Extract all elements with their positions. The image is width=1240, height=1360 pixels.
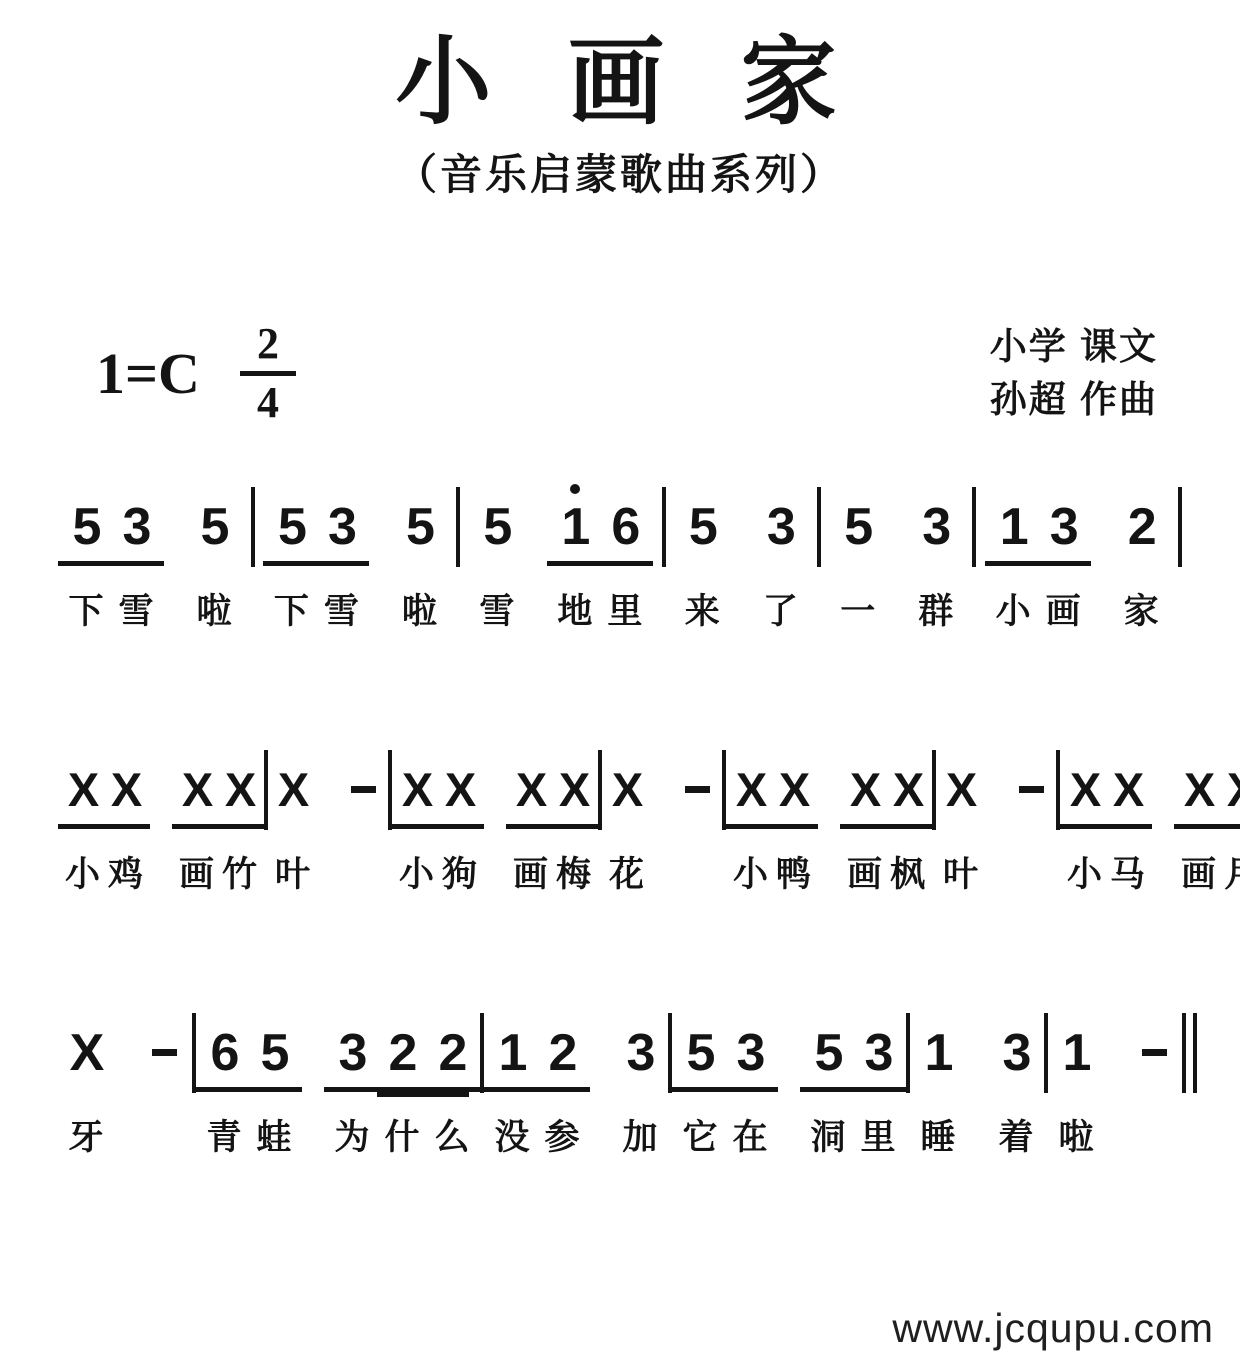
note: 2 [537,1025,587,1081]
note: X [939,762,982,818]
beamed-note-group: XX小鸡 [58,762,150,891]
note-group: 2家 [1113,499,1169,628]
lyric-syllable: 了 [755,584,805,628]
note: 1 [988,499,1038,555]
measure: XX小鸡XX画竹 [58,762,264,891]
note: 2 [1116,499,1166,555]
lyrics-row: 叶 [268,847,317,891]
measure: XX小狗XX画梅 [392,762,598,891]
notes-row: XX [840,762,932,829]
lyric-syllable: 狗 [438,847,481,891]
note: X [175,762,218,818]
lyric-syllable: 马 [1106,847,1149,891]
lyrics-row: 啦 [391,584,447,628]
measure: 5雪16地里 [469,499,653,628]
notes-row: X [936,762,985,829]
dash-note [139,1025,189,1081]
note: 2 [427,1025,477,1081]
lyrics-row: 来 [674,584,730,628]
note: 3 [991,1025,1041,1081]
note-group [673,762,722,891]
note: X [438,762,481,818]
octave-dot-icon [570,484,580,494]
sixteenth-beam [377,1092,469,1097]
lyric-syllable: 月 [1220,847,1240,891]
lyrics-row: 睡 [910,1110,966,1154]
beamed-note-group: 65青蛙 [196,1025,302,1154]
notes-row: X [58,1025,114,1092]
lyric-syllable: 叶 [271,847,314,891]
note: 5 [189,499,239,555]
note: 3 [1038,499,1088,555]
lyrics-row: 花 [602,847,651,891]
page-title: 小 画 家 [0,30,1240,136]
measure: 1啦 [1048,1025,1182,1154]
note-group: 3了 [752,499,808,628]
lyrics-row: 画梅 [506,847,598,891]
lyric-syllable: 小 [729,847,772,891]
lyric-syllable: 来 [677,584,727,628]
note: 5 [675,1025,725,1081]
lyric-syllable: 为 [327,1110,377,1154]
lyric-syllable: 没 [487,1110,537,1154]
lyric-syllable: 小 [61,847,104,891]
note-group: X叶 [268,762,317,891]
note: X [61,1025,111,1081]
time-numerator: 2 [257,322,279,366]
lyric-syllable: 叶 [939,847,982,891]
lyrics-row: 着 [988,1110,1044,1154]
notes-row: 53 [672,1025,778,1092]
beamed-note-group: 16地里 [547,499,653,628]
lyrics-row: 家 [1113,584,1169,628]
notes-row: XX [392,762,484,829]
lyric-syllable: 画 [1038,584,1088,628]
lyric-syllable: 雪 [316,584,366,628]
note: 3 [725,1025,775,1081]
lyrics-row: 洞里 [800,1110,906,1154]
notes-row: 5 [469,499,525,566]
meta-row: 1=C 2 4 小学 课文 孙超 作曲 [0,320,1240,427]
note: X [1177,762,1220,818]
lyric-syllable [139,1110,189,1154]
notes-row: 1 [910,1025,966,1092]
lyrics-row: 小狗 [392,847,484,891]
lyric-syllable: 小 [395,847,438,891]
note-group [1007,762,1056,891]
beamed-note-group: 53下雪 [58,499,164,628]
notes-row [1126,1025,1182,1092]
notes-row: 3 [752,499,808,566]
credits: 小学 课文 孙超 作曲 [990,320,1158,427]
note: 6 [600,499,650,555]
lyrics-row: 画竹 [172,847,264,891]
notes-row: 5 [674,499,730,566]
key-signature: 1=C [96,340,200,407]
note-group [339,762,388,891]
lyrics-row: 小画 [985,584,1091,628]
lyric-syllable: 蛙 [249,1110,299,1154]
notes-row: 3 [908,499,964,566]
fraction-line [240,371,296,376]
note: 5 [833,499,883,555]
lyric-syllable: 睡 [913,1110,963,1154]
lyric-syllable: 着 [991,1110,1041,1154]
note: 3 [853,1025,903,1081]
time-signature: 2 4 [240,322,296,425]
lyric-syllable: 牙 [61,1110,111,1154]
music-system: XX小鸡XX画竹X叶XX小狗XX画梅X花XX小鸭XX画枫X叶XX小马XX画月 [58,762,1182,891]
lyric-syllable [1010,847,1053,891]
lyrics-row [673,847,722,891]
notes-row: 65 [196,1025,302,1092]
lyric-syllable: 它 [675,1110,725,1154]
barline [251,487,255,567]
lyric-syllable: 画 [175,847,218,891]
note: X [509,762,552,818]
note: X [886,762,929,818]
lyrics-row: 下雪 [58,584,164,628]
lyric-syllable: 啦 [189,584,239,628]
notes-row: 322 [324,1025,480,1092]
measure: X牙 [58,1025,192,1154]
notes-row: 5 [391,499,447,566]
measure: 53它在53洞里 [672,1025,906,1154]
lyric-syllable: 在 [725,1110,775,1154]
lyric-syllable: 啦 [1051,1110,1101,1154]
key-time-signature: 1=C 2 4 [96,322,296,425]
notes-row: XX [1060,762,1152,829]
lyric-syllable: 枫 [886,847,929,891]
lyric-syllable: 家 [1116,584,1166,628]
watermark: www.jcqupu.com [892,1305,1214,1352]
lyric-syllable: 下 [61,584,111,628]
beamed-note-group: XX小鸭 [726,762,818,891]
lyric-syllable: 鸡 [104,847,147,891]
lyrics-row: 下雪 [263,584,369,628]
measure: XX小鸭XX画枫 [726,762,932,891]
note: 3 [111,499,161,555]
lyric-syllable: 梅 [552,847,595,891]
note: X [1106,762,1149,818]
note: X [772,762,815,818]
note: X [1220,762,1240,818]
notes-row: 16 [547,499,653,566]
barline [456,487,460,567]
note-group [136,1025,192,1154]
note-group: X牙 [58,1025,114,1154]
notes-row: XX [172,762,264,829]
note: 5 [472,499,522,555]
beamed-note-group: 53下雪 [263,499,369,628]
lyrics-row: 叶 [936,847,985,891]
beamed-note-group: 53洞里 [800,1025,906,1154]
dash-note [676,762,719,818]
lyric-syllable: 什 [377,1110,427,1154]
measure: X叶 [936,762,1056,891]
note-group: 1睡 [910,1025,966,1154]
lyrics-row: 小鸡 [58,847,150,891]
notes-row: XX [726,762,818,829]
lyric-syllable: 一 [833,584,883,628]
beamed-note-group: XX画竹 [172,762,264,891]
note: 2 [377,1025,427,1081]
note: 5 [249,1025,299,1081]
lyrics-row [1007,847,1056,891]
measure: 13小画2家 [985,499,1169,628]
notes-row [339,762,388,829]
note: X [395,762,438,818]
lyric-syllable: 下 [266,584,316,628]
note: X [104,762,147,818]
note-group: 1啦 [1048,1025,1104,1154]
lyrics-row: 牙 [58,1110,114,1154]
dash-icon [152,1049,177,1056]
barline [972,487,976,567]
note: 1 [913,1025,963,1081]
lyrics-row: 啦 [1048,1110,1104,1154]
beamed-note-group: XX小狗 [392,762,484,891]
lyric-syllable [342,847,385,891]
beamed-note-group: 13小画 [985,499,1091,628]
notes-row: 13 [985,499,1091,566]
lyric-syllable: 花 [605,847,648,891]
note: 1 [550,499,600,555]
note: X [1063,762,1106,818]
note: 3 [755,499,805,555]
credit-line-1: 小学 课文 [990,320,1158,374]
note: X [843,762,886,818]
note-group: 5啦 [391,499,447,628]
score: 53下雪5啦53下雪5啦5雪16地里5来3了5一3群13小画2家XX小鸡XX画竹… [0,499,1240,1154]
notes-row [673,762,722,829]
note: X [61,762,104,818]
note: 1 [487,1025,537,1081]
lyric-syllable: 雪 [111,584,161,628]
note: 6 [199,1025,249,1081]
dash-icon [1142,1049,1167,1056]
note: X [218,762,261,818]
lyric-syllable [676,847,719,891]
note: X [729,762,772,818]
lyric-syllable: 里 [600,584,650,628]
lyrics-row: 青蛙 [196,1110,302,1154]
lyrics-row: 画月 [1174,847,1240,891]
measure: 1睡3着 [910,1025,1044,1154]
measure: 5来3了 [674,499,808,628]
note: X [552,762,595,818]
lyric-syllable: 鸭 [772,847,815,891]
lyrics-row: 地里 [547,584,653,628]
lyric-syllable: 洞 [803,1110,853,1154]
note-group: 3着 [988,1025,1044,1154]
lyric-syllable: 雪 [472,584,522,628]
note-group: 5一 [830,499,886,628]
measure: 12没参3加 [484,1025,668,1154]
beamed-note-group: 322为什么 [324,1025,480,1154]
notes-row: 12 [484,1025,590,1092]
lyric-syllable: 画 [843,847,886,891]
lyrics-row: 小鸭 [726,847,818,891]
notes-row: 3 [988,1025,1044,1092]
lyrics-row: 群 [908,584,964,628]
sheet-music-page: 小 画 家 （音乐启蒙歌曲系列） 1=C 2 4 小学 课文 孙超 作曲 53下… [0,0,1240,1360]
lyric-syllable: 啦 [394,584,444,628]
music-system: 53下雪5啦53下雪5啦5雪16地里5来3了5一3群13小画2家 [58,499,1182,628]
notes-row [136,1025,192,1092]
lyrics-row: 小马 [1060,847,1152,891]
notes-row: 5 [186,499,242,566]
beamed-note-group: XX画月 [1174,762,1240,891]
measure: 65青蛙322为什么 [196,1025,480,1154]
notes-row: 5 [830,499,886,566]
dash-icon [1019,786,1044,793]
note: 3 [911,499,961,555]
notes-row: 53 [263,499,369,566]
beamed-note-group: 53它在 [672,1025,778,1154]
lyric-syllable: 参 [537,1110,587,1154]
dash-note [342,762,385,818]
measure: X花 [602,762,722,891]
lyrics-row: 加 [612,1110,668,1154]
dash-note [1129,1025,1179,1081]
notes-row [1007,762,1056,829]
note: 3 [316,499,366,555]
note: 3 [615,1025,665,1081]
beamed-note-group: XX小马 [1060,762,1152,891]
note-group: 5来 [674,499,730,628]
notes-row: XX [1174,762,1240,829]
lyric-syllable: 画 [509,847,552,891]
notes-row: 53 [58,499,164,566]
measure: 5一3群 [830,499,964,628]
notes-row: XX [58,762,150,829]
credit-line-2: 孙超 作曲 [990,373,1158,427]
lyric-syllable: 么 [427,1110,477,1154]
notes-row: 1 [1048,1025,1104,1092]
beamed-note-group: XX画梅 [506,762,598,891]
note-group: 5雪 [469,499,525,628]
notes-row: 53 [800,1025,906,1092]
notes-row: X [602,762,651,829]
note: 5 [61,499,111,555]
note: 5 [394,499,444,555]
lyric-syllable: 画 [1177,847,1220,891]
note-group: X花 [602,762,651,891]
barline [1178,487,1182,567]
double-barline [1182,1013,1197,1093]
note: 5 [677,499,727,555]
lyrics-row: 它在 [672,1110,778,1154]
notes-row: 2 [1113,499,1169,566]
note: 5 [803,1025,853,1081]
note-group: 3群 [908,499,964,628]
lyrics-row [339,847,388,891]
note: X [605,762,648,818]
dash-icon [685,786,710,793]
lyrics-row: 没参 [484,1110,590,1154]
lyrics-row [136,1110,192,1154]
lyric-syllable: 加 [615,1110,665,1154]
barline [662,487,666,567]
dash-note [1010,762,1053,818]
lyrics-row: 啦 [186,584,242,628]
time-denominator: 4 [257,381,279,425]
lyrics-row: 画枫 [840,847,932,891]
lyrics-row: 一 [830,584,886,628]
lyric-syllable: 小 [1063,847,1106,891]
note: 1 [1051,1025,1101,1081]
lyrics-row: 为什么 [324,1110,480,1154]
note: X [271,762,314,818]
note-group: X叶 [936,762,985,891]
lyric-syllable: 里 [853,1110,903,1154]
lyrics-row [1126,1110,1182,1154]
note-group [1126,1025,1182,1154]
note-group: 3加 [612,1025,668,1154]
lyrics-row: 了 [752,584,808,628]
lyric-syllable: 小 [988,584,1038,628]
measure: XX小马XX画月 [1060,762,1240,891]
lyric-syllable [1129,1110,1179,1154]
notes-row: XX [506,762,598,829]
beamed-note-group: XX画枫 [840,762,932,891]
dash-icon [351,786,376,793]
notes-row: X [268,762,317,829]
music-system: X牙65青蛙322为什么12没参3加53它在53洞里1睡3着1啦 [58,1025,1182,1154]
lyric-syllable: 群 [911,584,961,628]
lyric-syllable: 竹 [218,847,261,891]
lyric-syllable: 青 [199,1110,249,1154]
measure: 53下雪5啦 [263,499,447,628]
lyric-syllable: 地 [550,584,600,628]
page-subtitle: （音乐启蒙歌曲系列） [0,142,1240,202]
beamed-note-group: 12没参 [484,1025,590,1154]
measure: X叶 [268,762,388,891]
lyrics-row: 雪 [469,584,525,628]
barline [817,487,821,567]
measure: 53下雪5啦 [58,499,242,628]
note: 3 [327,1025,377,1081]
note: 5 [266,499,316,555]
notes-row: 3 [612,1025,668,1092]
note-group: 5啦 [186,499,242,628]
